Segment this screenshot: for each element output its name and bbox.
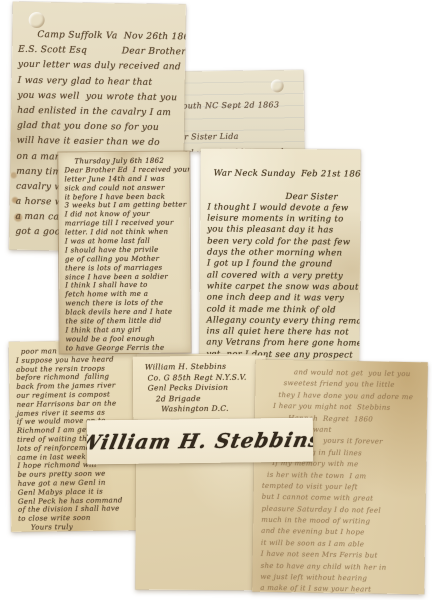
letter-thursday-july-text: Thursday July 6th 1862Dear Brother Ed I … — [64, 157, 190, 353]
handwritten-line: War Neck Sunday Feb 21st 1864 — [208, 168, 361, 180]
handwritten-line: Washington D.C. — [145, 404, 247, 415]
handwritten-line: you this pleasant day it has — [207, 225, 361, 237]
handwritten-line: Dear Brother Ed I received your — [64, 165, 190, 175]
embossed-seal-icon — [271, 79, 284, 92]
letter-faint: and would not get you let you sweetest f… — [252, 360, 428, 595]
letter-faint-text: and would not get you let you sweetest f… — [260, 367, 413, 595]
handwritten-line: one inch deep and it was very — [207, 293, 361, 305]
letters-photo: Plymouth NC Sept 2d 1863 Dear Sister Lid… — [0, 0, 432, 600]
address-leaf: William H. Stebbins Co. G 85th Regt N.Y.… — [133, 355, 267, 419]
handwritten-line: Co. G 85th Regt N.Y.S.V. — [145, 372, 247, 383]
handwritten-line: Dear Sister — [207, 191, 360, 203]
handwritten-line: I got up I found the ground — [207, 259, 361, 271]
handwritten-line: any Vetrans from here gone home — [206, 338, 360, 350]
signature-strip: William H. Stebbins — [87, 418, 314, 465]
letter-thursday-july: Thursday July 6th 1862Dear Brother Ed I … — [58, 152, 190, 354]
handwritten-line: black devils here and I hate — [65, 308, 190, 318]
letter-war-neck: War Neck Sunday Feb 21st 1864 Dear Siste… — [199, 148, 361, 367]
address-leaf-text: William H. Stebbins Co. G 85th Regt N.Y.… — [145, 362, 247, 416]
embossed-seal-icon — [29, 12, 45, 28]
handwritten-line: to have George Ferris the — [66, 343, 191, 353]
handwritten-line: Yours truly — [18, 522, 123, 532]
handwritten-line: cold it made me think of old — [207, 304, 361, 316]
clipped-signature: William H. Stebbins — [87, 427, 314, 454]
letter-war-neck-text: War Neck Sunday Feb 21st 1864 Dear Siste… — [206, 168, 361, 367]
handwritten-line: a make of it I saw your heart — [260, 583, 410, 594]
handwritten-line: near Harrisons bar on the — [16, 399, 121, 409]
